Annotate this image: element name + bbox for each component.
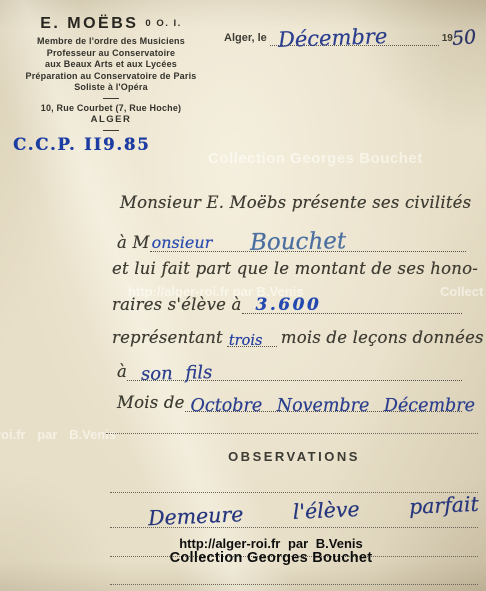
footer-source-url: http://alger-roi.fr par B.Venis	[56, 536, 486, 551]
body-line-7: Mois de Octobre Novembre Décembre	[117, 385, 462, 412]
body-line-2: à M onsieur Bouchet	[117, 222, 466, 252]
fill-in-blank-months: Octobre Novembre Décembre	[185, 384, 462, 412]
letterhead: E. MOËBS0 O. I. Membre de l'ordre des Mu…	[4, 15, 218, 135]
observations-heading: OBSERVATIONS	[110, 449, 478, 464]
dateline: Alger, le Décembre 1950	[224, 20, 476, 46]
body-line-5: représentant trois mois de leçons donnée…	[112, 323, 462, 347]
fill-in-blank-months-count: trois	[227, 322, 277, 347]
printed-script-text: et lui fait part que le montant de ses h…	[112, 259, 478, 278]
sender-title-3: aux Beaux Arts et aux Lycées	[4, 59, 218, 71]
fill-in-blank-recipient: onsieur Bouchet	[150, 221, 466, 252]
ruled-line	[110, 492, 478, 493]
footer-collection-credit: Collection Georges Bouchet	[56, 550, 486, 566]
printed-script-text: mois de leçons données	[281, 328, 484, 347]
scanned-letter-page: Collection Georges Bouchet http://alger-…	[0, 0, 486, 591]
body-line-3: et lui fait part que le montant de ses h…	[112, 259, 478, 278]
sender-name-row: E. MOËBS0 O. I.	[4, 15, 218, 33]
handwritten-recipient-title: onsieur	[152, 233, 213, 252]
sender-name: E. MOËBS	[40, 15, 138, 32]
watermark-collection-top: Collection Georges Bouchet	[208, 150, 423, 167]
watermark-url-middle: http://alger-roi.fr par B.Venis	[128, 284, 304, 299]
handwritten-month: Décembre	[277, 24, 387, 52]
body-line-4: raires s'élève à 3.600	[112, 288, 462, 314]
handwritten-year: 50	[451, 26, 477, 50]
printed-script-text: à	[117, 362, 127, 381]
body-line-1: Monsieur E. Moëbs présente ses civilités	[120, 193, 471, 212]
printed-script-text: à M	[117, 233, 150, 252]
printed-script-text: représentant	[112, 328, 223, 347]
ruled-line	[110, 556, 478, 557]
watermark-left-fragment: roi.fr par B.Venis	[0, 427, 116, 442]
ruled-line	[106, 433, 478, 434]
handwritten-observation-note: Demeure l'élève parfait	[148, 492, 480, 530]
letterhead-divider-dash	[103, 98, 119, 99]
sender-honors: 0 O. I.	[145, 18, 181, 29]
sender-title-4: Préparation au Conservatoire de Paris	[4, 71, 218, 83]
sender-address: 10, Rue Courbet (7, Rue Hoche)	[4, 103, 218, 115]
fill-in-blank-amount: 3.600	[242, 287, 462, 314]
printed-century: 19	[442, 33, 453, 46]
ccp-account-number: C.C.P. II9.85	[13, 135, 150, 154]
handwritten-months-count: trois	[229, 333, 263, 349]
sender-city: ALGER	[4, 114, 218, 126]
sender-title-5: Soliste à l'Opéra	[4, 82, 218, 94]
dateline-place-label: Alger, le	[224, 32, 267, 46]
printed-script-text: raires s'élève à	[112, 295, 242, 314]
body-line-6: à son fils	[117, 354, 462, 381]
printed-script-text: Monsieur E. Moëbs présente ses civilités	[120, 193, 471, 212]
letterhead-divider-dash	[103, 130, 119, 131]
sender-title-1: Membre de l'ordre des Musiciens	[4, 36, 218, 48]
fill-in-blank-student: son fils	[127, 353, 462, 381]
handwritten-student: son fils	[141, 362, 213, 385]
dateline-year: 1950	[442, 24, 476, 46]
sender-title-2: Professeur au Conservatoire	[4, 48, 218, 60]
watermark-collect-fragment: Collect	[440, 284, 483, 299]
ruled-line	[110, 584, 478, 585]
ruled-line	[110, 527, 478, 528]
handwritten-recipient-name: Bouchet	[249, 228, 346, 256]
printed-script-text: Mois de	[117, 393, 185, 412]
dateline-blank: Décembre	[270, 19, 439, 46]
handwritten-months: Octobre Novembre Décembre	[191, 396, 475, 416]
handwritten-amount: 3.600	[256, 295, 322, 315]
